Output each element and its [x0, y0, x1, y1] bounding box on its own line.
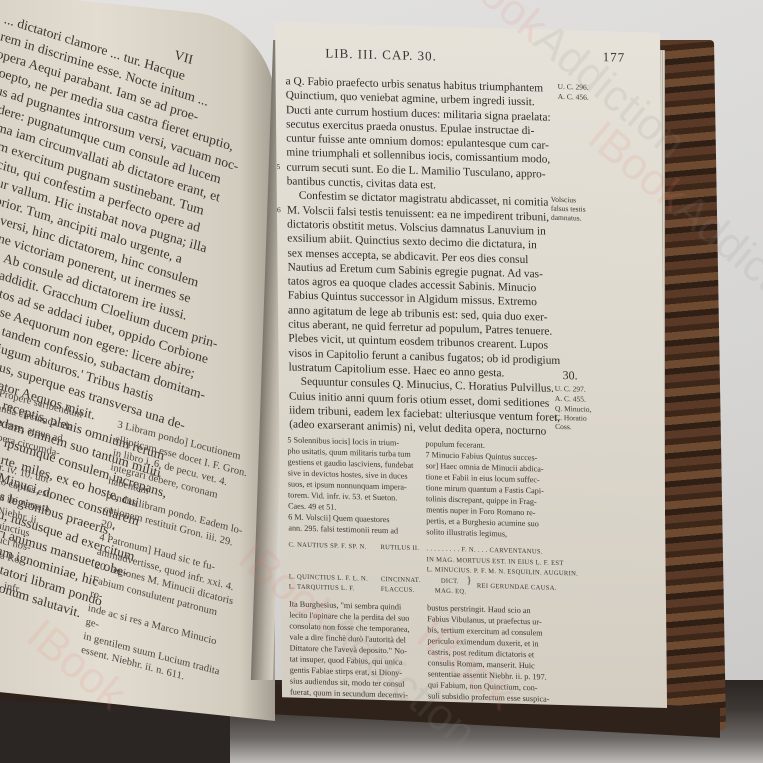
- margin-year-uc: U. C. 297.: [555, 384, 586, 394]
- footnote-column: populum fecerant. 7 Minucio Fabius Quint…: [425, 438, 554, 541]
- book-photo: VII ... dictatori clamore ... tur. Hacqu…: [0, 0, 763, 763]
- margin-note-volscius: Volscius falsus testis damnatus.: [551, 195, 586, 223]
- line-marker: 6: [277, 205, 281, 214]
- running-head: LIB. III. CAP. 30.: [325, 45, 437, 64]
- left-page: VII ... dictatori clamore ... tur. Hacqu…: [0, 0, 275, 721]
- footnote-line: ann. 295. falsi testimonii reum ad: [288, 522, 416, 537]
- right-page: LIB. III. CAP. 30. 177 a Q. Fabio praefe…: [275, 22, 667, 708]
- right-page-header: LIB. III. CAP. 30. 177: [325, 45, 625, 53]
- fasti-table: C. NAUTIUS SP. F. SP. N. RUTILUS II. . .…: [288, 540, 557, 600]
- fasti-cell: MAG. EQ.: [435, 586, 467, 597]
- margin-year-ac: A. C. 456.: [558, 92, 589, 102]
- brace-glyph: }: [467, 576, 472, 587]
- margin-year-ac: A. C. 455.: [555, 394, 586, 404]
- margin-note-line: damnatus.: [551, 213, 586, 223]
- lower-footnotes: Ita Burghesius, "mi sembra quindi lecito…: [289, 598, 557, 605]
- page-number: 177: [603, 49, 626, 66]
- footnote-column: 5 Solennibus iocis] Iocis in trium- pho …: [287, 434, 416, 537]
- margin-year-uc: U. C. 296.: [558, 82, 589, 92]
- fasti-cell: L. TARQUITIUS L. F.: [289, 582, 355, 594]
- footnote-column: bustus perstringit. Haud scio an Fabius …: [427, 602, 556, 708]
- fasti-cell: DICT.: [441, 576, 459, 587]
- margin-note-consuls: Q. Minucio, C. Horatio Coss.: [555, 404, 592, 432]
- margin-note-line: Coss.: [555, 422, 592, 432]
- main-text: a Q. Fabio praefecto urbis senatus habit…: [286, 74, 548, 439]
- line-marker: 5: [276, 162, 280, 171]
- chapter-number: 30.: [563, 368, 578, 383]
- footnote-column: Ita Burghesius, "mi sembra quindi lecito…: [289, 598, 418, 708]
- fasti-cell: FLACCUS.: [381, 585, 415, 596]
